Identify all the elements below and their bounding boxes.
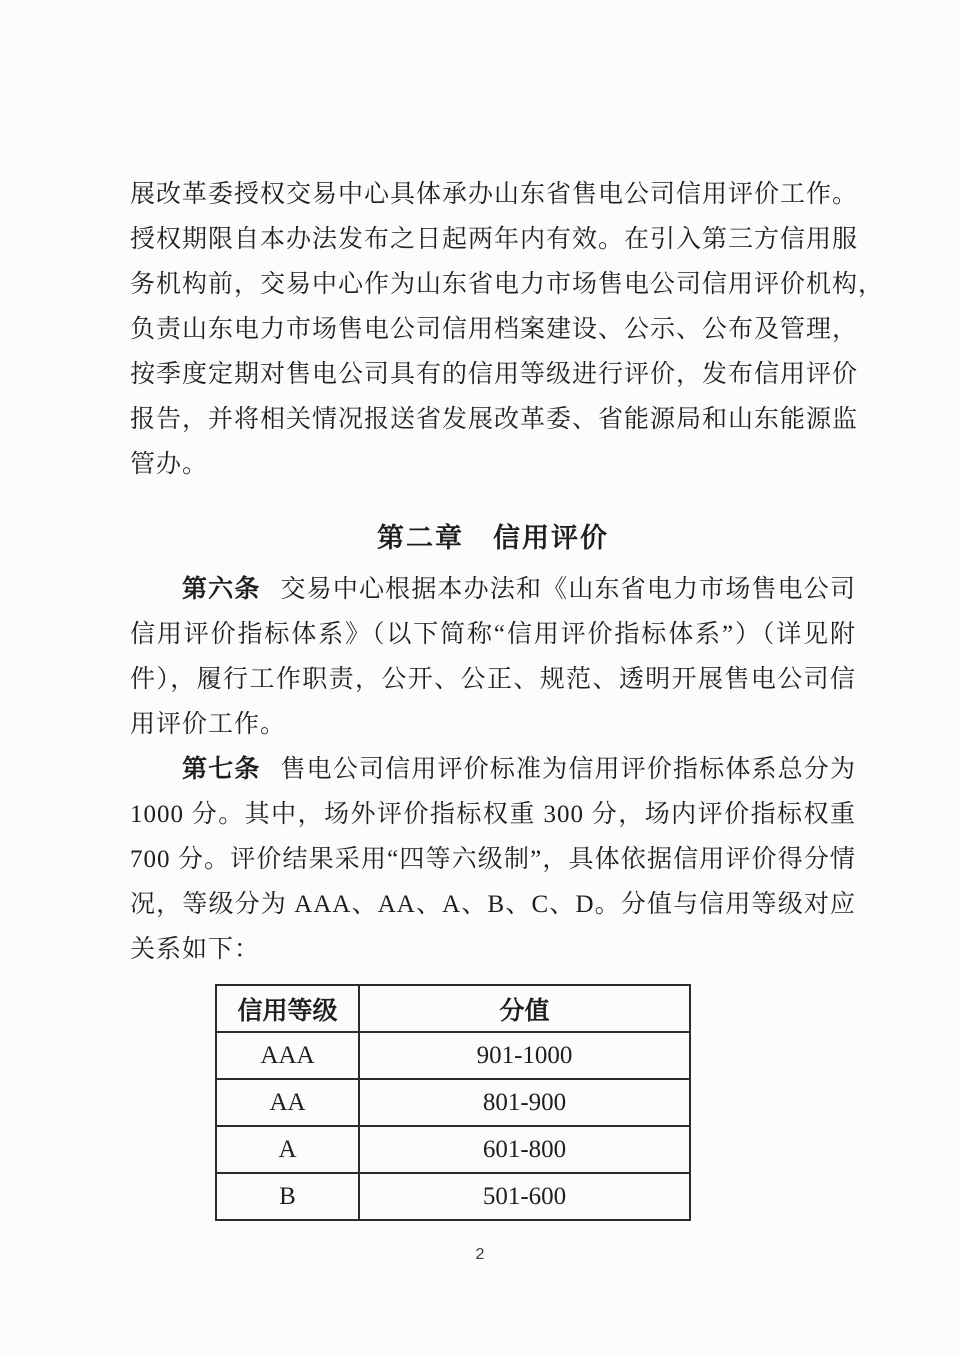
credit-rating-table: 信用等级 分值 AAA 901-1000 AA 801-900 A 601-80… — [215, 984, 691, 1221]
score-cell: 601-800 — [359, 1126, 690, 1173]
paragraph-line: 负责山东电力市场售电公司信用档案建设、公示、公布及管理， — [130, 307, 856, 352]
grade-cell: B — [216, 1173, 359, 1220]
article7-label: 第七条 — [182, 755, 261, 783]
document-body: 展改革委授权交易中心具体承办山东省售电公司信用评价工作。 授权期限自本办法发布之… — [130, 172, 856, 1221]
score-cell: 901-1000 — [359, 1032, 690, 1079]
paragraph-line: 管办。 — [130, 442, 856, 487]
table-row: AAA 901-1000 — [216, 1032, 690, 1079]
paragraph-line: 用评价工作。 — [130, 702, 856, 747]
paragraph-line: 报告，并将相关情况报送省发展改革委、省能源局和山东能源监 — [130, 397, 856, 442]
article6-label: 第六条 — [182, 575, 261, 603]
grade-cell: AA — [216, 1079, 359, 1126]
table-row: B 501-600 — [216, 1173, 690, 1220]
paragraph-line: 务机构前，交易中心作为山东省电力市场售电公司信用评价机构， — [130, 262, 856, 307]
grade-cell: A — [216, 1126, 359, 1173]
paragraph-line: 况，等级分为 AAA、AA、A、B、C、D。分值与信用等级对应 — [130, 882, 856, 927]
paragraph-line: 关系如下： — [130, 927, 856, 972]
paragraph-line: 展改革委授权交易中心具体承办山东省售电公司信用评价工作。 — [130, 172, 856, 217]
table-row: AA 801-900 — [216, 1079, 690, 1126]
paragraph-line: 授权期限自本办法发布之日起两年内有效。在引入第三方信用服 — [130, 217, 856, 262]
page-number: 2 — [0, 1246, 960, 1264]
grade-cell: AAA — [216, 1032, 359, 1079]
table-row: A 601-800 — [216, 1126, 690, 1173]
score-cell: 501-600 — [359, 1173, 690, 1220]
table-header-row: 信用等级 分值 — [216, 985, 690, 1032]
article7-text: 售电公司信用评价标准为信用评价指标体系总分为 — [281, 756, 856, 783]
score-cell: 801-900 — [359, 1079, 690, 1126]
chapter-heading: 第二章 信用评价 — [130, 515, 856, 561]
paragraph-line: 信用评价指标体系》（以下简称“信用评价指标体系”）（详见附 — [130, 612, 856, 657]
paragraph-line: 按季度定期对售电公司具有的信用等级进行评价，发布信用评价 — [130, 352, 856, 397]
paragraph-line: 700 分。评价结果采用“四等六级制”，具体依据信用评价得分情 — [130, 837, 856, 882]
header-score-range: 分值 — [359, 985, 690, 1032]
document-page: 展改革委授权交易中心具体承办山东省售电公司信用评价工作。 授权期限自本办法发布之… — [0, 0, 960, 1357]
article6-text: 交易中心根据本办法和《山东省电力市场售电公司 — [281, 576, 856, 603]
article7-first-line: 第七条售电公司信用评价标准为信用评价指标体系总分为 — [130, 747, 856, 792]
paragraph-line: 件），履行工作职责，公开、公正、规范、透明开展售电公司信 — [130, 657, 856, 702]
header-credit-grade: 信用等级 — [216, 985, 359, 1032]
paragraph-line: 1000 分。其中，场外评价指标权重 300 分，场内评价指标权重 — [130, 792, 856, 837]
article6-first-line: 第六条交易中心根据本办法和《山东省电力市场售电公司 — [130, 567, 856, 612]
